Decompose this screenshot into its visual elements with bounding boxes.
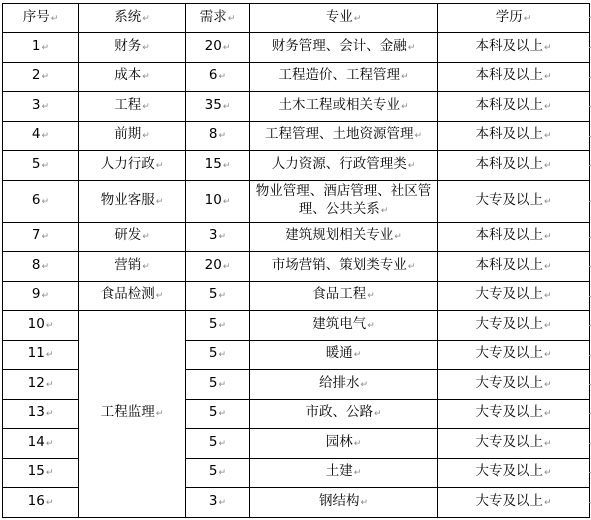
paragraph-mark-icon: ↵ [223, 161, 231, 171]
cell-education: 本科及以上↵ [438, 62, 590, 92]
cell-education: 本科及以上↵ [438, 151, 590, 181]
paragraph-mark-icon: ↵ [544, 161, 552, 171]
cell-major-text: 财务管理、会计、金融 [272, 38, 407, 54]
cell-no-text: 12 [28, 375, 45, 391]
cell-demand: 5↵ [186, 429, 250, 459]
table-row: 9↵食品检测↵5↵食品工程↵大专及以上↵ [3, 281, 590, 311]
cell-demand: 5↵ [186, 458, 250, 488]
cell-demand: 3↵ [186, 488, 250, 518]
cell-no-text: 6 [32, 192, 41, 208]
cell-system: 物业客服↵ [79, 180, 186, 222]
paragraph-mark-icon: ↵ [223, 43, 231, 53]
cell-system-text: 工程 [114, 97, 141, 113]
paragraph-mark-icon: ↵ [42, 262, 50, 272]
cell-major: 工程造价、工程管理↵ [250, 62, 438, 92]
paragraph-mark-icon: ↵ [142, 102, 150, 112]
paragraph-mark-icon: ↵ [42, 43, 50, 53]
table-row: 1↵财务↵20↵财务管理、会计、金融↵本科及以上↵ [3, 33, 590, 63]
paragraph-mark-icon: ↵ [156, 197, 164, 207]
cell-education-text: 本科及以上 [475, 38, 543, 54]
cell-no: 13↵ [3, 399, 79, 429]
paragraph-mark-icon: ↵ [42, 102, 50, 112]
paragraph-mark-icon: ↵ [408, 262, 416, 272]
cell-demand: 20↵ [186, 252, 250, 282]
paragraph-mark-icon: ↵ [354, 468, 362, 478]
paragraph-mark-icon: ↵ [408, 161, 416, 171]
cell-no-text: 1 [32, 38, 41, 54]
cell-major-text: 建筑电气 [312, 316, 366, 332]
paragraph-mark-icon: ↵ [544, 102, 552, 112]
table-row: 8↵营销↵20↵市场营销、策划类专业↵本科及以上↵ [3, 252, 590, 282]
cell-major: 园林↵ [250, 429, 438, 459]
cell-major: 给排水↵ [250, 370, 438, 400]
cell-no-text: 8 [32, 257, 41, 273]
cell-no-text: 7 [32, 227, 41, 243]
paragraph-mark-icon: ↵ [219, 321, 227, 331]
cell-demand: 5↵ [186, 340, 250, 370]
table-row: 3↵工程↵35↵土木工程或相关专业↵本科及以上↵ [3, 92, 590, 122]
table-row: 10↵工程监理↵5↵建筑电气↵大专及以上↵ [3, 311, 590, 341]
cell-demand-text: 6 [209, 67, 218, 83]
paragraph-mark-icon: ↵ [46, 498, 54, 508]
cell-system: 前期↵ [79, 121, 186, 151]
cell-no-text: 2 [32, 67, 41, 83]
cell-no: 14↵ [3, 429, 79, 459]
paragraph-mark-icon: ↵ [544, 262, 552, 272]
cell-no: 2↵ [3, 62, 79, 92]
cell-no: 16↵ [3, 488, 79, 518]
cell-no-text: 13 [28, 404, 45, 420]
cell-major-text: 暖通 [326, 345, 353, 361]
cell-demand-text: 5 [209, 434, 218, 450]
cell-education-text: 本科及以上 [475, 227, 543, 243]
cell-no-text: 10 [28, 316, 45, 332]
table-row: 2↵成本↵6↵工程造价、工程管理↵本科及以上↵ [3, 62, 590, 92]
header-no: 序号↵ [3, 4, 79, 33]
cell-education-text: 本科及以上 [475, 156, 543, 172]
paragraph-mark-icon: ↵ [223, 197, 231, 207]
cell-major: 食品工程↵ [250, 281, 438, 311]
paragraph-mark-icon: ↵ [544, 72, 552, 82]
paragraph-mark-icon: ↵ [142, 43, 150, 53]
paragraph-mark-icon: ↵ [367, 291, 375, 301]
cell-education-text: 大专及以上 [475, 463, 543, 479]
cell-system-text: 食品检测 [101, 286, 155, 302]
paragraph-mark-icon: ↵ [544, 380, 552, 390]
cell-system-text: 财务 [114, 38, 141, 54]
cell-major-text: 给排水 [319, 375, 360, 391]
paragraph-mark-icon: ↵ [142, 262, 150, 272]
cell-major-text: 人力资源、行政管理类 [272, 156, 407, 172]
cell-major: 土建↵ [250, 458, 438, 488]
cell-major: 市政、公路↵ [250, 399, 438, 429]
cell-no: 12↵ [3, 370, 79, 400]
cell-no: 5↵ [3, 151, 79, 181]
table-row: 4↵前期↵8↵工程管理、土地资源管理↵本科及以上↵ [3, 121, 590, 151]
cell-major: 财务管理、会计、金融↵ [250, 33, 438, 63]
header-education: 学历↵ [438, 4, 590, 33]
paragraph-mark-icon: ↵ [42, 131, 50, 141]
paragraph-mark-icon: ↵ [42, 161, 50, 171]
cell-education: 大专及以上↵ [438, 311, 590, 341]
cell-education-text: 大专及以上 [475, 404, 543, 420]
paragraph-mark-icon: ↵ [544, 439, 552, 449]
cell-system-text: 研发 [114, 227, 141, 243]
cell-system: 研发↵ [79, 222, 186, 252]
cell-no: 10↵ [3, 311, 79, 341]
cell-demand: 20↵ [186, 33, 250, 63]
paragraph-mark-icon: ↵ [544, 468, 552, 478]
header-system: 系统↵ [79, 4, 186, 33]
paragraph-mark-icon: ↵ [374, 409, 382, 419]
cell-system: 财务↵ [79, 33, 186, 63]
cell-demand: 5↵ [186, 311, 250, 341]
cell-system: 食品检测↵ [79, 281, 186, 311]
cell-education-text: 大专及以上 [475, 286, 543, 302]
cell-system-text: 物业客服 [101, 192, 155, 208]
cell-major: 人力资源、行政管理类↵ [250, 151, 438, 181]
cell-major: 物业管理、酒店管理、社区管理、公共关系↵ [250, 180, 438, 222]
cell-major-text: 土建 [326, 463, 353, 479]
paragraph-mark-icon: ↵ [42, 197, 50, 207]
cell-education: 本科及以上↵ [438, 121, 590, 151]
paragraph-mark-icon: ↵ [46, 321, 54, 331]
cell-major-text: 物业管理、酒店管理、社区管理、公共关系 [256, 183, 432, 217]
cell-demand-text: 5 [209, 404, 218, 420]
paragraph-mark-icon: ↵ [354, 350, 362, 360]
cell-major: 工程管理、土地资源管理↵ [250, 121, 438, 151]
cell-major-text: 工程管理、土地资源管理 [265, 126, 414, 142]
cell-no-text: 4 [32, 126, 41, 142]
cell-demand-text: 3 [209, 493, 218, 509]
cell-demand-text: 5 [209, 316, 218, 332]
cell-no-text: 11 [28, 345, 45, 361]
paragraph-mark-icon: ↵ [360, 380, 368, 390]
paragraph-mark-icon: ↵ [219, 439, 227, 449]
cell-demand: 10↵ [186, 180, 250, 222]
cell-education: 大专及以上↵ [438, 370, 590, 400]
paragraph-mark-icon: ↵ [219, 232, 227, 242]
cell-no-text: 16 [28, 493, 45, 509]
paragraph-mark-icon: ↵ [223, 102, 231, 112]
cell-major-text: 市政、公路 [305, 404, 373, 420]
recruitment-table: 序号↵ 系统↵ 需求↵ 专业↵ 学历↵ 1↵财务↵20↵财务管理、会计、金融↵本… [2, 3, 590, 518]
cell-system: 成本↵ [79, 62, 186, 92]
cell-major: 市场营销、策划类专业↵ [250, 252, 438, 282]
paragraph-mark-icon: ↵ [394, 232, 402, 242]
cell-major-text: 市场营销、策划类专业 [272, 257, 407, 273]
paragraph-mark-icon: ↵ [544, 498, 552, 508]
cell-education-text: 本科及以上 [475, 97, 543, 113]
paragraph-mark-icon: ↵ [219, 291, 227, 301]
cell-system-merged-text: 工程监理 [101, 404, 155, 420]
header-major: 专业↵ [250, 4, 438, 33]
paragraph-mark-icon: ↵ [46, 350, 54, 360]
cell-education-text: 本科及以上 [475, 126, 543, 142]
cell-demand-text: 3 [209, 227, 218, 243]
table-row: 7↵研发↵3↵建筑规划相关专业↵本科及以上↵ [3, 222, 590, 252]
paragraph-mark-icon: ↵ [142, 232, 150, 242]
paragraph-mark-icon: ↵ [360, 498, 368, 508]
paragraph-mark-icon: ↵ [223, 262, 231, 272]
paragraph-mark-icon: ↵ [219, 131, 227, 141]
paragraph-mark-icon: ↵ [544, 321, 552, 331]
cell-no-text: 9 [32, 286, 41, 302]
cell-no: 9↵ [3, 281, 79, 311]
cell-education-text: 大专及以上 [475, 434, 543, 450]
paragraph-mark-icon: ↵ [219, 409, 227, 419]
cell-demand-text: 5 [209, 345, 218, 361]
cell-system: 工程↵ [79, 92, 186, 122]
cell-no: 3↵ [3, 92, 79, 122]
paragraph-mark-icon: ↵ [401, 102, 409, 112]
paragraph-mark-icon: ↵ [219, 72, 227, 82]
cell-no: 1↵ [3, 33, 79, 63]
cell-system-text: 人力行政 [101, 156, 155, 172]
paragraph-mark-icon: ↵ [381, 206, 389, 216]
cell-demand: 5↵ [186, 399, 250, 429]
cell-education-text: 大专及以上 [475, 192, 543, 208]
cell-major: 钢结构↵ [250, 488, 438, 518]
cell-education-text: 大专及以上 [475, 316, 543, 332]
table-row: 5↵人力行政↵15↵人力资源、行政管理类↵本科及以上↵ [3, 151, 590, 181]
paragraph-mark-icon: ↵ [219, 380, 227, 390]
cell-demand: 5↵ [186, 281, 250, 311]
cell-no: 6↵ [3, 180, 79, 222]
paragraph-mark-icon: ↵ [46, 409, 54, 419]
paragraph-mark-icon: ↵ [42, 291, 50, 301]
cell-demand: 6↵ [186, 62, 250, 92]
header-row: 序号↵ 系统↵ 需求↵ 专业↵ 学历↵ [3, 4, 590, 33]
cell-system-merged: 工程监理↵ [79, 311, 186, 518]
cell-demand: 15↵ [186, 151, 250, 181]
cell-no: 7↵ [3, 222, 79, 252]
paragraph-mark-icon: ↵ [544, 43, 552, 53]
cell-no: 11↵ [3, 340, 79, 370]
paragraph-mark-icon: ↵ [219, 350, 227, 360]
paragraph-mark-icon: ↵ [544, 409, 552, 419]
cell-education-text: 本科及以上 [475, 257, 543, 273]
paragraph-mark-icon: ↵ [414, 131, 422, 141]
cell-demand-text: 15 [205, 156, 222, 172]
paragraph-mark-icon: ↵ [156, 291, 164, 301]
cell-no: 8↵ [3, 252, 79, 282]
cell-education-text: 大专及以上 [475, 345, 543, 361]
cell-education: 大专及以上↵ [438, 180, 590, 222]
paragraph-mark-icon: ↵ [42, 72, 50, 82]
cell-no-text: 14 [28, 434, 45, 450]
cell-no: 15↵ [3, 458, 79, 488]
cell-demand-text: 35 [205, 97, 222, 113]
paragraph-mark-icon: ↵ [219, 498, 227, 508]
header-demand: 需求↵ [186, 4, 250, 33]
cell-major-text: 工程造价、工程管理 [278, 67, 400, 83]
cell-demand-text: 5 [209, 463, 218, 479]
cell-demand: 8↵ [186, 121, 250, 151]
paragraph-mark-icon: ↵ [46, 380, 54, 390]
paragraph-mark-icon: ↵ [544, 350, 552, 360]
paragraph-mark-icon: ↵ [42, 232, 50, 242]
cell-system-text: 营销 [114, 257, 141, 273]
paragraph-mark-icon: ↵ [408, 43, 416, 53]
cell-education-text: 大专及以上 [475, 375, 543, 391]
cell-demand-text: 20 [205, 257, 222, 273]
cell-education: 本科及以上↵ [438, 252, 590, 282]
cell-education: 大专及以上↵ [438, 458, 590, 488]
cell-education: 本科及以上↵ [438, 33, 590, 63]
cell-education-text: 本科及以上 [475, 67, 543, 83]
cell-no-text: 15 [28, 463, 45, 479]
cell-education: 本科及以上↵ [438, 92, 590, 122]
cell-education: 大专及以上↵ [438, 399, 590, 429]
cell-major-text: 建筑规划相关专业 [285, 227, 393, 243]
cell-system: 营销↵ [79, 252, 186, 282]
paragraph-mark-icon: ↵ [156, 409, 164, 419]
table-row: 6↵物业客服↵10↵物业管理、酒店管理、社区管理、公共关系↵大专及以上↵ [3, 180, 590, 222]
cell-education: 本科及以上↵ [438, 222, 590, 252]
paragraph-mark-icon: ↵ [401, 72, 409, 82]
paragraph-mark-icon: ↵ [544, 131, 552, 141]
paragraph-mark-icon: ↵ [142, 72, 150, 82]
cell-no: 4↵ [3, 121, 79, 151]
cell-major-text: 食品工程 [312, 286, 366, 302]
paragraph-mark-icon: ↵ [544, 291, 552, 301]
cell-major: 建筑规划相关专业↵ [250, 222, 438, 252]
cell-major: 土木工程或相关专业↵ [250, 92, 438, 122]
cell-demand: 5↵ [186, 370, 250, 400]
cell-major: 建筑电气↵ [250, 311, 438, 341]
cell-education: 大专及以上↵ [438, 340, 590, 370]
cell-major-text: 土木工程或相关专业 [278, 97, 400, 113]
cell-demand: 35↵ [186, 92, 250, 122]
paragraph-mark-icon: ↵ [156, 161, 164, 171]
cell-demand-text: 8 [209, 126, 218, 142]
cell-education: 大专及以上↵ [438, 488, 590, 518]
paragraph-mark-icon: ↵ [142, 131, 150, 141]
cell-demand-text: 5 [209, 286, 218, 302]
paragraph-mark-icon: ↵ [544, 197, 552, 207]
cell-education: 大专及以上↵ [438, 429, 590, 459]
cell-demand: 3↵ [186, 222, 250, 252]
cell-system: 人力行政↵ [79, 151, 186, 181]
cell-major-text: 钢结构 [319, 493, 360, 509]
cell-demand-text: 20 [205, 38, 222, 54]
cell-demand-text: 5 [209, 375, 218, 391]
cell-system-text: 前期 [114, 126, 141, 142]
paragraph-mark-icon: ↵ [354, 439, 362, 449]
paragraph-mark-icon: ↵ [46, 468, 54, 478]
paragraph-mark-icon: ↵ [544, 232, 552, 242]
cell-no-text: 3 [32, 97, 41, 113]
paragraph-mark-icon: ↵ [367, 321, 375, 331]
cell-major: 暖通↵ [250, 340, 438, 370]
paragraph-mark-icon: ↵ [219, 468, 227, 478]
cell-demand-text: 10 [205, 192, 222, 208]
cell-no-text: 5 [32, 156, 41, 172]
paragraph-mark-icon: ↵ [46, 439, 54, 449]
cell-major-text: 园林 [326, 434, 353, 450]
cell-education: 大专及以上↵ [438, 281, 590, 311]
cell-system-text: 成本 [114, 67, 141, 83]
cell-education-text: 大专及以上 [475, 493, 543, 509]
